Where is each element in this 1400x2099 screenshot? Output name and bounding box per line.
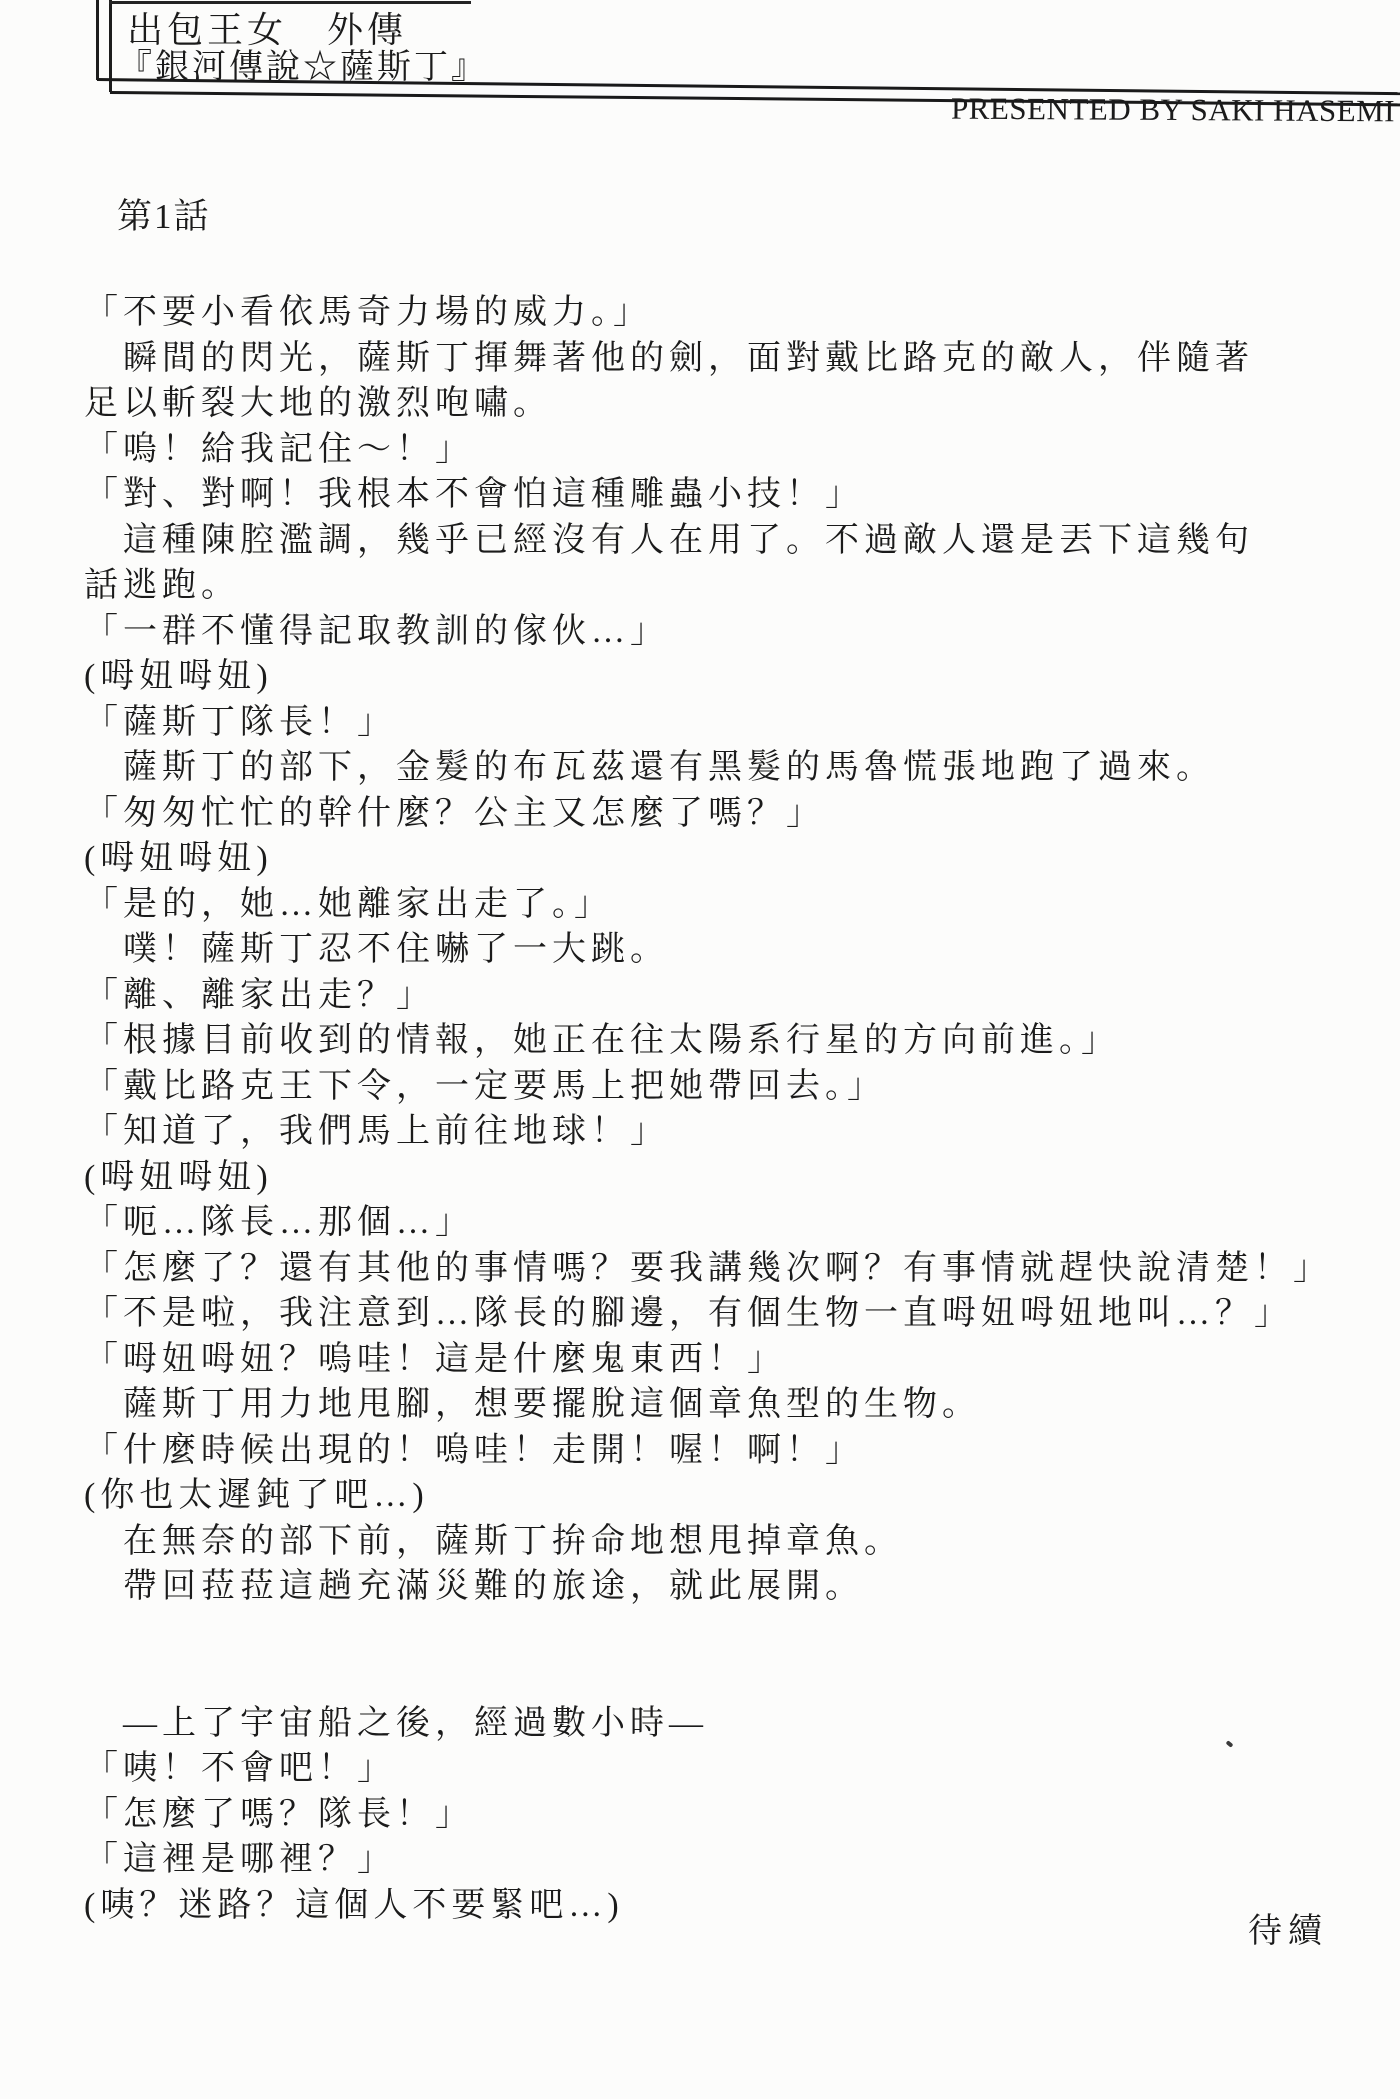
header-box-left-outer-line bbox=[96, 0, 99, 80]
text-line: 「怎麼了嗎？隊長！」 bbox=[84, 1792, 1374, 1838]
text-line: 「呃…隊長…那個…」 bbox=[84, 1200, 1374, 1246]
chapter-title: 第1話 bbox=[117, 189, 211, 239]
text-line: 「一群不懂得記取教訓的傢伙…」 bbox=[84, 609, 1374, 655]
text-line: 「怎麼了？還有其他的事情嗎？要我講幾次啊？有事情就趕快說清楚！」 bbox=[84, 1246, 1374, 1292]
text-line: 「不是啦，我注意到…隊長的腳邊，有個生物一直呣妞呣妞地叫…？」 bbox=[84, 1291, 1374, 1337]
text-line bbox=[84, 1655, 1374, 1701]
text-line bbox=[84, 1610, 1374, 1656]
text-line: 「匆匆忙忙的幹什麼？公主又怎麼了嗎？」 bbox=[84, 791, 1374, 837]
text-line: 「咦！不會吧！」 bbox=[84, 1746, 1374, 1792]
text-line: 噗！薩斯丁忍不住嚇了一大跳。 bbox=[84, 927, 1374, 973]
text-line: 「呣妞呣妞？嗚哇！這是什麼鬼東西！」 bbox=[84, 1337, 1374, 1383]
text-line: 瞬間的閃光，薩斯丁揮舞著他的劍，面對戴比路克的敵人，伴隨著 bbox=[84, 336, 1374, 382]
text-line: 「薩斯丁隊長！」 bbox=[84, 700, 1374, 746]
to-be-continued-label: 待續 bbox=[1248, 1903, 1328, 1952]
text-line: 「戴比路克王下令，一定要馬上把她帶回去。」 bbox=[84, 1064, 1374, 1110]
text-line: 「是的，她…她離家出走了。」 bbox=[84, 882, 1374, 928]
text-line: 這種陳腔濫調，幾乎已經沒有人在用了。不過敵人還是丟下這幾句 bbox=[84, 518, 1374, 564]
text-line: 薩斯丁用力地甩腳，想要擺脫這個章魚型的生物。 bbox=[84, 1382, 1374, 1428]
text-line: 「不要小看依馬奇力場的威力。」 bbox=[84, 290, 1374, 336]
novel-body: 「不要小看依馬奇力場的威力。」 瞬間的閃光，薩斯丁揮舞著他的劍，面對戴比路克的敵… bbox=[84, 290, 1374, 1928]
text-line: 「什麼時候出現的！嗚哇！走開！喔！啊！」 bbox=[84, 1428, 1374, 1474]
text-line: 在無奈的部下前，薩斯丁拚命地想甩掉章魚。 bbox=[84, 1519, 1374, 1565]
text-line: 「離、離家出走？」 bbox=[84, 973, 1374, 1019]
text-line: 「知道了，我們馬上前往地球！」 bbox=[84, 1109, 1374, 1155]
series-subtitle: 『銀河傳說☆薩斯丁』 bbox=[118, 39, 488, 88]
text-line: 「根據目前收到的情報，她正在往太陽系行星的方向前進。」 bbox=[84, 1018, 1374, 1064]
text-line: —上了宇宙船之後，經過數小時— bbox=[84, 1701, 1374, 1747]
text-line: (呣妞呣妞) bbox=[84, 1155, 1374, 1201]
text-line: 帶回菈菈這趟充滿災難的旅途，就此展開。 bbox=[84, 1564, 1374, 1610]
text-line: (咦？迷路？這個人不要緊吧…) bbox=[84, 1883, 1374, 1929]
text-line: (你也太遲鈍了吧…) bbox=[84, 1473, 1374, 1519]
text-line: (呣妞呣妞) bbox=[84, 836, 1374, 882]
text-line: 「對、對啊！我根本不會怕這種雕蟲小技！」 bbox=[84, 472, 1374, 518]
text-line: 話逃跑。 bbox=[84, 563, 1374, 609]
text-line: 「這裡是哪裡？」 bbox=[84, 1837, 1374, 1883]
text-line: (呣妞呣妞) bbox=[84, 654, 1374, 700]
author-credit: PRESENTED BY SAKI HASEMI bbox=[951, 91, 1395, 130]
text-line: 「嗚！給我記住～！」 bbox=[84, 427, 1374, 473]
text-line: 足以斬裂大地的激烈咆嘯。 bbox=[84, 381, 1374, 427]
text-line: 薩斯丁的部下，金髮的布瓦茲還有黑髮的馬魯慌張地跑了過來。 bbox=[84, 745, 1374, 791]
